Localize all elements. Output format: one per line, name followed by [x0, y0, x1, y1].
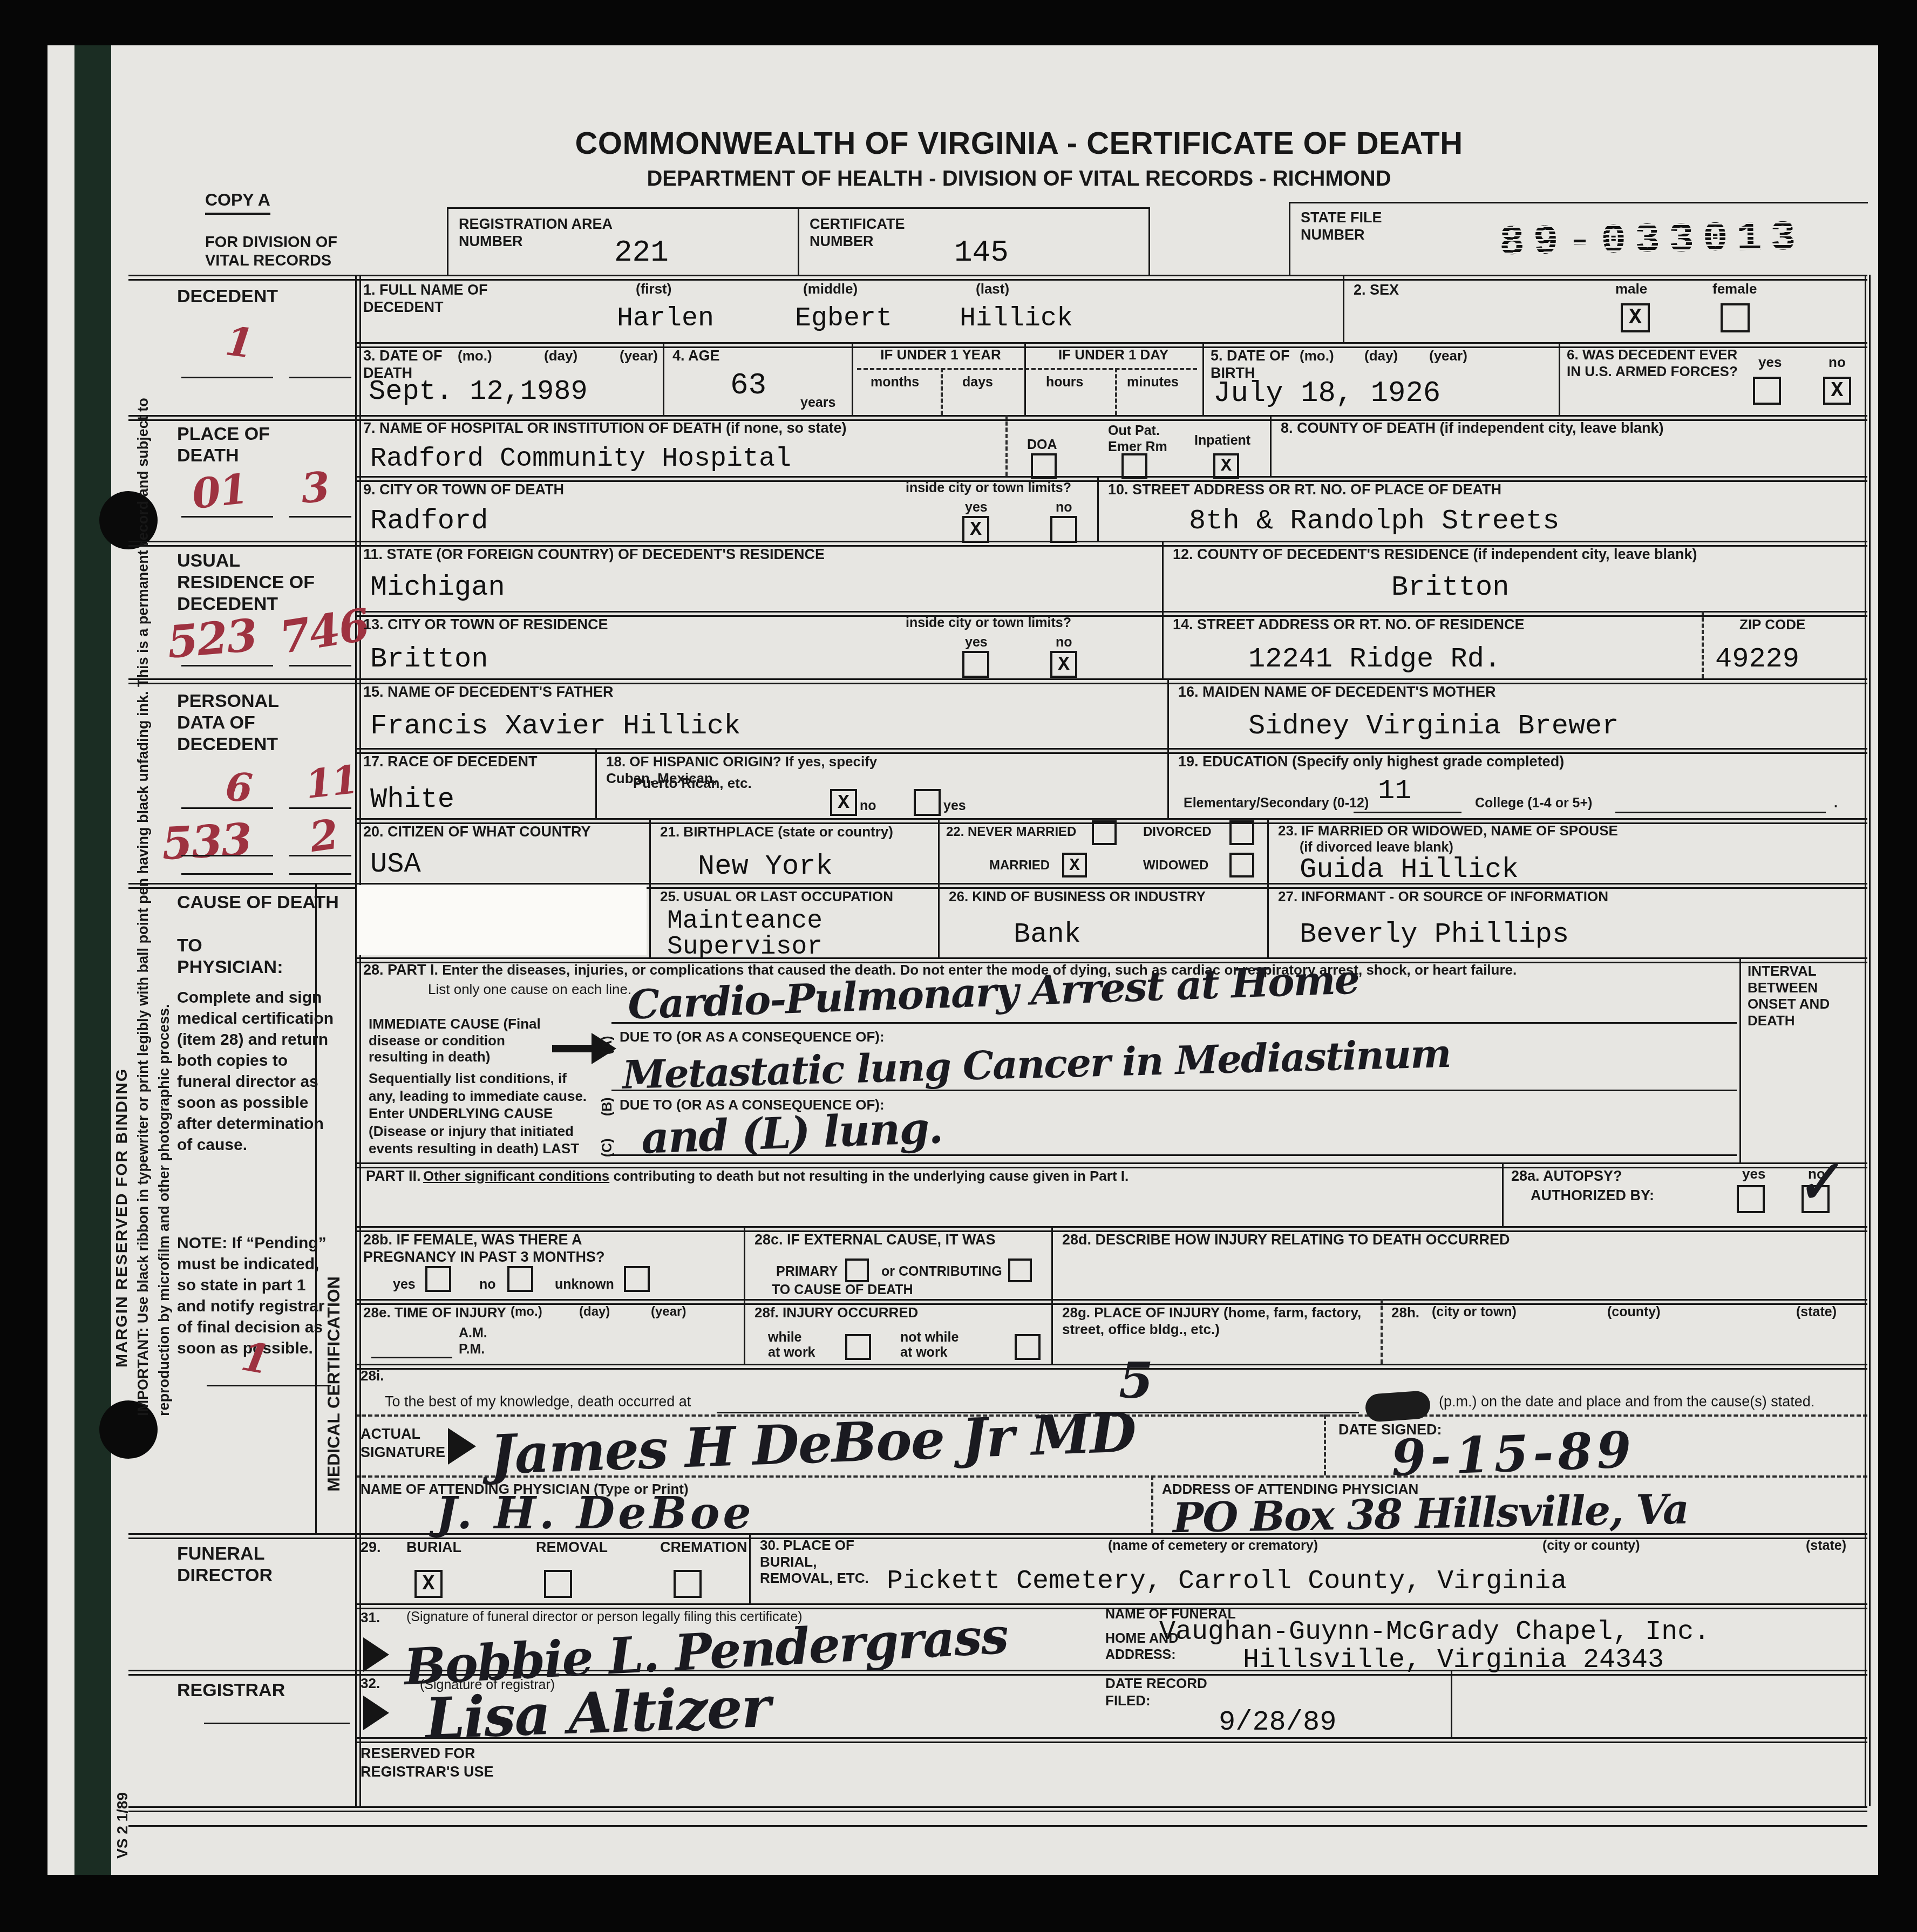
- arrow-icon: [552, 1045, 595, 1052]
- value-informant: Beverly Phillips: [1300, 919, 1569, 950]
- margin-note-red: 523: [165, 609, 259, 669]
- rule: [204, 1723, 350, 1724]
- field-armed-forces-label: 6. WAS DECEDENT EVER IN U.S. ARMED FORCE…: [1567, 346, 1750, 379]
- rule: [1354, 812, 1461, 813]
- checkbox-inpatient: X: [1213, 453, 1239, 479]
- primary-label: PRIMARY: [776, 1264, 838, 1280]
- value-spouse: Guida Hillick: [1300, 854, 1519, 886]
- sub-last: (last): [976, 281, 1009, 297]
- registration-area-label: REGISTRATION AREA NUMBER: [459, 216, 621, 250]
- sub-year: (year): [620, 348, 658, 364]
- death-occurred-text-2: (p.m.) on the date and place and from th…: [1439, 1393, 1814, 1411]
- copy-sublabel: FOR DIVISION OF VITAL RECORDS: [205, 233, 383, 270]
- rule: [1115, 368, 1117, 415]
- inpatient-label: Inpatient: [1194, 433, 1250, 449]
- checkbox-28b-unknown: [624, 1266, 650, 1292]
- checkbox-hispanic-no: X: [830, 789, 857, 816]
- marital-never-label: 22. NEVER MARRIED: [946, 825, 1076, 840]
- rule: [749, 1533, 751, 1603]
- rule: [1865, 275, 1871, 1806]
- field-spouse-label: 23. IF MARRIED OR WIDOWED, NAME OF SPOUS…: [1278, 822, 1861, 839]
- while-label-2: at work: [768, 1345, 815, 1361]
- registration-area-value: 221: [614, 235, 669, 270]
- section-funeral-director: FUNERAL DIRECTOR: [177, 1543, 307, 1586]
- rule: [1167, 748, 1169, 818]
- margin-note-red: 533: [161, 814, 253, 870]
- rule: [595, 748, 597, 818]
- limits-no-label: no: [1056, 635, 1072, 651]
- handwriting-physician-address: PO Box 38 Hillsville, Va: [1172, 1485, 1689, 1542]
- rule: [938, 818, 940, 883]
- rule: [1381, 1299, 1383, 1364]
- margin-note-red: 6: [224, 763, 253, 811]
- checkbox-burial: X: [414, 1570, 443, 1598]
- field-28d-label: 28d. DESCRIBE HOW INJURY RELATING TO DEA…: [1062, 1232, 1850, 1249]
- part2-text-underlined: Other significant conditions: [423, 1168, 609, 1184]
- section-usual-residence: USUAL RESIDENCE OF DECEDENT: [177, 550, 334, 615]
- value-funeral-home-city: Hillsville, Virginia 24343: [1243, 1645, 1664, 1676]
- rule: [941, 368, 943, 415]
- rule: [181, 807, 273, 809]
- field-residence-city-label: 13. CITY OR TOWN OF RESIDENCE: [363, 616, 608, 634]
- b-no-label: no: [479, 1277, 496, 1293]
- checkbox-limits-no: X: [1050, 651, 1077, 678]
- field-father-label: 15. NAME OF DECEDENT'S FATHER: [363, 684, 613, 701]
- handwriting-date-signed: 9-15-89: [1390, 1420, 1636, 1487]
- checkbox-divorced: [1229, 820, 1254, 845]
- field-fullname-label: 1. FULL NAME OF DECEDENT: [363, 282, 547, 316]
- rule: [1739, 957, 1741, 1162]
- value-date-filed: 9/28/89: [1219, 1706, 1336, 1738]
- value-mother: Sidney Virginia Brewer: [1248, 710, 1619, 742]
- value-street-of-death: 8th & Randolph Streets: [1189, 505, 1560, 537]
- zip-label: ZIP CODE: [1739, 616, 1805, 633]
- field-residence-state-label: 11. STATE (OR FOREIGN COUNTRY) OF DECEDE…: [363, 546, 825, 563]
- rule: [1024, 342, 1026, 415]
- sub-mo: (mo.): [458, 348, 492, 364]
- rule: [1148, 207, 1150, 275]
- value-last-name: Hillick: [960, 303, 1073, 334]
- value-occupation-1: Mainteance: [667, 907, 822, 936]
- field-residence-county-label: 12. COUNTY OF DECEDENT'S RESIDENCE (if i…: [1173, 546, 1697, 563]
- rule: [289, 665, 351, 666]
- forces-no-label: no: [1828, 354, 1846, 371]
- part2-text: contributing to death but not resulting …: [609, 1168, 1129, 1184]
- checkbox-forces-yes: [1753, 377, 1781, 405]
- marital-divorced-label: DIVORCED: [1143, 825, 1212, 840]
- death-certificate-document: MARGIN RESERVED FOR BINDING IMPORTANT: U…: [47, 45, 1878, 1875]
- rule: [611, 1090, 1737, 1091]
- rule: [1167, 678, 1169, 748]
- rule: [1267, 883, 1269, 957]
- field-occupation-label: 25. USUAL OR LAST OCCUPATION: [660, 888, 930, 905]
- interval-label: INTERVAL BETWEEN ONSET AND DEATH: [1748, 963, 1864, 1029]
- value-age: 63: [730, 368, 766, 403]
- limits-label: inside city or town limits?: [906, 480, 1071, 496]
- rule: [447, 207, 1150, 209]
- to-cause-label: TO CAUSE OF DEATH: [772, 1282, 913, 1298]
- medical-certification-label: MEDICAL CERTIFICATION: [324, 979, 344, 1492]
- field-28g-label: 28g. PLACE OF INJURY (home, farm, factor…: [1062, 1304, 1364, 1337]
- certificate-number-label: CERTIFICATE NUMBER: [810, 216, 950, 250]
- rule: [355, 1364, 1867, 1370]
- limits-yes-label: yes: [965, 635, 988, 651]
- whiteout-patch: [357, 885, 647, 955]
- death-occurred-text: To the best of my knowledge, death occur…: [385, 1393, 691, 1411]
- sequential-label: Sequentially list conditions, if any, le…: [369, 1070, 590, 1158]
- rule: [1270, 415, 1272, 476]
- document-title: COMMONWEALTH OF VIRGINIA - CERTIFICATE O…: [371, 125, 1667, 162]
- cause-instructions: Complete and sign medical certification …: [177, 987, 339, 1155]
- section-to-physician: TO PHYSICIAN:: [177, 935, 307, 978]
- rule: [611, 1154, 1737, 1156]
- rule: [181, 377, 273, 378]
- rule: [1051, 1299, 1053, 1364]
- field-mother-label: 16. MAIDEN NAME OF DECEDENT'S MOTHER: [1178, 684, 1495, 701]
- margin-important-text: IMPORTANT: Use black ribbon in typewrite…: [133, 348, 178, 1416]
- age-years-label: years: [800, 395, 835, 411]
- limits-label: inside city or town limits?: [906, 615, 1071, 631]
- rule: [649, 818, 651, 883]
- actual-signature-label-1: ACTUAL: [361, 1426, 420, 1443]
- binding-strip: [74, 45, 111, 1875]
- checkbox-primary: [845, 1258, 869, 1282]
- checkbox-doa: [1031, 453, 1057, 479]
- rule: [355, 275, 361, 1806]
- field-28c-label: 28c. IF EXTERNAL CAUSE, IT WAS: [754, 1232, 1035, 1249]
- margin-note-red: 1: [223, 318, 255, 367]
- field-32-num: 32.: [361, 1675, 380, 1692]
- value-date-of-birth: July 18, 1926: [1213, 377, 1440, 410]
- rule: [852, 342, 853, 415]
- limits-yes-label: yes: [965, 500, 988, 516]
- rule: [1289, 202, 1290, 275]
- sub-county: (county): [1607, 1304, 1661, 1321]
- forces-yes-label: yes: [1758, 354, 1782, 371]
- rule: [744, 1226, 745, 1299]
- document-subtitle: DEPARTMENT OF HEALTH - DIVISION OF VITAL…: [371, 166, 1667, 192]
- b-unknown-label: unknown: [555, 1277, 614, 1293]
- rule: [1502, 1162, 1504, 1226]
- rule: [1151, 1475, 1153, 1533]
- value-zip: 49229: [1715, 643, 1799, 675]
- value-business: Bank: [1014, 919, 1081, 950]
- rule: [938, 883, 940, 957]
- field-30-label: 30. PLACE OF BURIAL, REMOVAL, ETC.: [760, 1537, 884, 1587]
- autopsy-label: 28a. AUTOPSY?: [1511, 1168, 1622, 1185]
- margin-note-red: 2: [307, 810, 341, 861]
- rule: [649, 883, 651, 957]
- sub-cemetery: (name of cemetery or crematory): [1108, 1538, 1318, 1554]
- checkbox-contributing: [1008, 1258, 1032, 1282]
- field-28i-label: 28i.: [361, 1368, 384, 1384]
- value-occupation-2: Supervisor: [667, 933, 822, 962]
- field-29-num: 29.: [361, 1539, 381, 1556]
- rule: [289, 807, 351, 809]
- part2-label: PART II.: [366, 1168, 421, 1184]
- value-middle-name: Egbert: [795, 303, 892, 334]
- value-citizen: USA: [370, 848, 421, 880]
- field-31-num: 31.: [361, 1609, 380, 1626]
- checkbox-hispanic-yes: [914, 789, 941, 816]
- field-residence-street-label: 14. STREET ADDRESS OR RT. NO. OF RESIDEN…: [1173, 616, 1525, 634]
- rule: [1289, 202, 1868, 203]
- field-birthplace-label: 21. BIRTHPLACE (state or country): [660, 824, 930, 840]
- handwriting-check: ✓: [1791, 1148, 1843, 1217]
- margin-binding-text: MARGIN RESERVED FOR BINDING: [112, 774, 131, 1368]
- under-1-day-label: IF UNDER 1 DAY: [1030, 346, 1197, 363]
- not-while-label-2: at work: [900, 1345, 948, 1361]
- sub-city-or-county: (city or county): [1542, 1538, 1640, 1554]
- sub-state: (state): [1806, 1538, 1846, 1554]
- immediate-cause-label: IMMEDIATE CAUSE (Final disease or condit…: [369, 1016, 563, 1065]
- part1-text2: List only one cause on each line.: [428, 981, 631, 998]
- value-race: White: [370, 784, 454, 815]
- education-college-label: College (1-4 or 5+): [1475, 795, 1592, 812]
- rule: [181, 665, 273, 666]
- section-decedent: DECEDENT: [177, 285, 278, 307]
- line-a-label: (A): [600, 1036, 616, 1055]
- burial-label: BURIAL: [406, 1539, 461, 1556]
- doa-label: DOA: [1027, 437, 1057, 453]
- rule: [289, 377, 351, 378]
- removal-label: REMOVAL: [536, 1539, 608, 1556]
- education-elem-label: Elementary/Secondary (0-12): [1184, 795, 1369, 812]
- certificate-number-value: 145: [954, 235, 1009, 270]
- sub-minutes: minutes: [1127, 375, 1179, 391]
- rule: [181, 855, 273, 856]
- margin-note-red: 3: [300, 462, 330, 512]
- checkbox-never-married: [1092, 820, 1117, 845]
- rule: [663, 342, 664, 415]
- rule: [447, 207, 448, 275]
- field-28e-label: 28e. TIME OF INJURY: [363, 1304, 506, 1321]
- autopsy-yes-label: yes: [1742, 1166, 1765, 1182]
- checkbox-limits-yes: X: [962, 516, 989, 543]
- pointer-icon: [363, 1637, 389, 1672]
- rule: [128, 275, 1867, 281]
- value-hospital: Radford Community Hospital: [370, 444, 791, 474]
- rule: [289, 873, 351, 875]
- pointer-icon: [363, 1696, 389, 1730]
- rule: [1324, 1414, 1326, 1475]
- rule: [1702, 611, 1704, 678]
- rule: [289, 516, 351, 518]
- checkbox-while-at-work: [845, 1334, 871, 1360]
- section-place-of-death: PLACE OF DEATH: [177, 423, 296, 466]
- margin-note-red: 11: [303, 756, 360, 807]
- part1-label: 28. PART I.: [363, 962, 438, 978]
- value-education: 11: [1378, 775, 1411, 807]
- b-yes-label: yes: [393, 1277, 416, 1293]
- value-residence-city: Britton: [370, 643, 488, 675]
- rule: [1559, 342, 1560, 415]
- sub-day: (day): [579, 1304, 610, 1319]
- marital-widowed-label: WIDOWED: [1143, 858, 1208, 873]
- value-place-of-burial: Pickett Cemetery, Carroll County, Virgin…: [887, 1566, 1567, 1597]
- checkbox-forces-no: X: [1823, 377, 1851, 405]
- rule: [128, 1806, 1867, 1812]
- rule: [1451, 1670, 1452, 1737]
- rule: [1097, 476, 1099, 541]
- checkbox-sex-male: X: [1621, 303, 1650, 332]
- rule: [207, 1385, 331, 1386]
- rule: [1005, 415, 1008, 476]
- pointer-icon: [448, 1428, 476, 1465]
- checkbox-limits-yes: [962, 651, 989, 678]
- rule: [1267, 818, 1269, 883]
- field-informant-label: 27. INFORMANT - OR SOURCE OF INFORMATION: [1278, 888, 1861, 905]
- field-race-label: 17. RACE OF DECEDENT: [363, 753, 538, 771]
- sub-mo: (mo.): [1300, 348, 1334, 364]
- checkbox-not-while-at-work: [1015, 1334, 1041, 1360]
- value-first-name: Harlen: [617, 303, 714, 334]
- field-28f-label: 28f. INJURY OCCURRED: [754, 1304, 918, 1321]
- sub-day: (day): [544, 348, 577, 364]
- rule: [1343, 275, 1344, 342]
- checkbox-autopsy-yes: [1737, 1185, 1765, 1213]
- rule: [1615, 812, 1826, 813]
- sub-year: (year): [1429, 348, 1467, 364]
- authorized-by-label: AUTHORIZED BY:: [1531, 1187, 1654, 1205]
- sub-city-or-town: (city or town): [1432, 1304, 1517, 1321]
- rule: [1051, 1226, 1053, 1299]
- education-period: .: [1834, 795, 1838, 812]
- field-city-of-death-label: 9. CITY OR TOWN OF DEATH: [363, 481, 564, 499]
- value-residence-state: Michigan: [370, 572, 505, 603]
- sub-state: (state): [1796, 1304, 1837, 1321]
- value-funeral-home: Vaughan-Guynn-McGrady Chapel, Inc.: [1159, 1617, 1710, 1648]
- sub-middle: (middle): [803, 281, 858, 297]
- registrar-signature: Lisa Altizer: [424, 1674, 771, 1752]
- value-birthplace: New York: [698, 851, 833, 882]
- outpat-label: Out Pat.: [1108, 423, 1160, 439]
- field-education-label: 19. EDUCATION (Specify only highest grad…: [1178, 753, 1564, 771]
- checkbox-sex-female: [1721, 303, 1750, 332]
- sex-male-label: male: [1615, 281, 1647, 297]
- checkbox-28b-no: [507, 1266, 533, 1292]
- rule: [798, 207, 799, 275]
- funeral-home-label-3: ADDRESS:: [1105, 1647, 1176, 1663]
- sub-mo: (mo.): [511, 1304, 542, 1319]
- under-1-year-label: IF UNDER 1 YEAR: [857, 346, 1024, 363]
- checkbox-cremation: [674, 1570, 702, 1598]
- value-residence-county: Britton: [1391, 572, 1509, 603]
- sub-months: months: [871, 375, 919, 391]
- rule: [315, 883, 317, 1533]
- rule: [289, 855, 351, 856]
- copy-label: COPY A: [205, 190, 270, 215]
- field-citizen-label: 20. CITIZEN OF WHAT COUNTRY: [363, 824, 644, 841]
- actual-signature-label-2: SIGNATURE: [361, 1444, 445, 1461]
- rule: [371, 1357, 452, 1358]
- field-28h-label: 28h.: [1391, 1304, 1419, 1321]
- value-residence-street: 12241 Ridge Rd.: [1248, 643, 1501, 675]
- state-file-value: 89-033013: [1499, 214, 1805, 267]
- rule: [181, 516, 273, 518]
- not-while-label-1: not while: [900, 1330, 958, 1346]
- sub-day: (day): [1364, 348, 1398, 364]
- value-date-of-death: Sept. 12,1989: [369, 376, 588, 407]
- rule: [181, 873, 273, 875]
- rule: [611, 1022, 1737, 1024]
- rule: [1162, 541, 1164, 611]
- physician-signature: James H DeBoe Jr MD: [489, 1400, 1137, 1487]
- field-street-of-death-label: 10. STREET ADDRESS OR RT. NO. OF PLACE O…: [1108, 481, 1501, 499]
- handwriting-physician-name: J. H. DeBoe: [436, 1487, 754, 1539]
- line-b-label: (B): [600, 1097, 616, 1116]
- sub-year: (year): [651, 1304, 686, 1319]
- state-file-label: STATE FILE NUMBER: [1301, 209, 1419, 244]
- field-business-label: 26. KIND OF BUSINESS OR INDUSTRY: [949, 888, 1251, 905]
- checkbox-removal: [544, 1570, 572, 1598]
- rule: [744, 1299, 745, 1364]
- rule: [355, 748, 1867, 754]
- sub-first: (first): [636, 281, 671, 297]
- hispanic-no-label: no: [860, 798, 876, 814]
- sex-female-label: female: [1712, 281, 1757, 297]
- date-filed-label-2: FILED:: [1105, 1692, 1151, 1709]
- rule: [857, 368, 1197, 370]
- field-hispanic-label2: Puerto Rican, etc.: [633, 775, 752, 792]
- sub-days: days: [962, 375, 993, 391]
- field-county-of-death-label: 8. COUNTY OF DEATH (if independent city,…: [1281, 420, 1853, 437]
- limits-no-label: no: [1056, 500, 1072, 516]
- sub-hours: hours: [1046, 375, 1083, 391]
- reserved-label-2: REGISTRAR'S USE: [361, 1764, 493, 1781]
- pm-label: P.M.: [459, 1342, 485, 1358]
- due-to-label-1: DUE TO (OR AS A CONSEQUENCE OF):: [620, 1029, 885, 1045]
- contributing-label: or CONTRIBUTING: [881, 1264, 1002, 1280]
- rule: [1162, 611, 1164, 678]
- field-hospital-label: 7. NAME OF HOSPITAL OR INSTITUTION OF DE…: [363, 420, 847, 437]
- field-sex-label: 2. SEX: [1354, 282, 1399, 299]
- field-28b-label: 28b. IF FEMALE, WAS THERE A PREGNANCY IN…: [363, 1232, 676, 1266]
- scribbled-am: [1364, 1390, 1431, 1423]
- date-filed-label-1: DATE RECORD: [1105, 1675, 1207, 1692]
- field-age-label: 4. AGE: [672, 348, 720, 365]
- value-city-of-death: Radford: [370, 505, 488, 537]
- section-cause-of-death: CAUSE OF DEATH: [177, 892, 350, 913]
- checkbox-limits-no: [1050, 516, 1077, 543]
- hispanic-yes-label: yes: [943, 798, 966, 814]
- section-personal-data: PERSONAL DATA OF DECEDENT: [177, 690, 323, 755]
- part2-header: PART II. Other significant conditions co…: [366, 1168, 1494, 1185]
- while-label-1: while: [768, 1330, 802, 1346]
- rule: [1202, 342, 1204, 415]
- am-label: A.M.: [459, 1325, 487, 1342]
- reserved-label-1: RESERVED FOR: [361, 1745, 475, 1763]
- checkbox-married: X: [1062, 853, 1087, 877]
- checkbox-emer-rm: [1121, 453, 1147, 479]
- margin-note-red: 01: [190, 465, 250, 518]
- checkbox-28b-yes: [425, 1266, 451, 1292]
- checkbox-widowed: [1229, 853, 1254, 877]
- marital-married-label: MARRIED: [989, 858, 1050, 873]
- section-registrar: REGISTRAR: [177, 1679, 285, 1701]
- rule: [128, 1825, 1867, 1827]
- value-father: Francis Xavier Hillick: [370, 710, 741, 742]
- cremation-label: CREMATION: [660, 1539, 747, 1556]
